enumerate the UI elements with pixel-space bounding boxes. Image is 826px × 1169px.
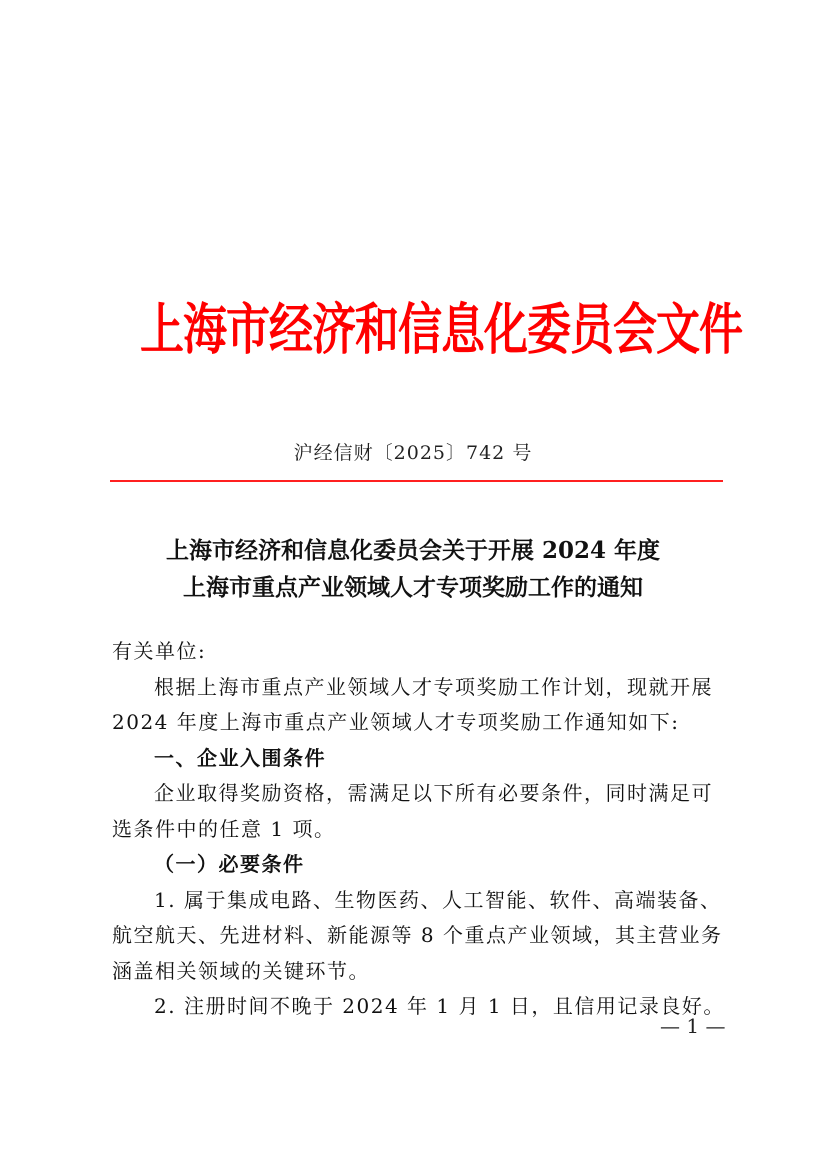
item-1-line-3: 涵盖相关领域的关键环节。 xyxy=(112,954,724,990)
masthead: 上海市经济和信息化委员会文件 xyxy=(140,287,686,375)
red-divider-line xyxy=(110,480,723,482)
section-heading: 一、企业入围条件 xyxy=(112,741,724,777)
page-number: — 1 — xyxy=(660,1014,725,1038)
title-line-1: 上海市经济和信息化委员会关于开展 2024 年度 xyxy=(0,532,826,569)
document-body: 有关单位: 根据上海市重点产业领域人才专项奖励工作计划，现就开展 2024 年度… xyxy=(112,634,724,1025)
title-line-2: 上海市重点产业领域人才专项奖励工作的通知 xyxy=(0,569,826,606)
item-1-line-2: 航空航天、先进材料、新能源等 8 个重点产业领域，其主营业务 xyxy=(112,918,724,954)
section-paragraph-line-1: 企业取得奖励资格，需满足以下所有必要条件，同时满足可 xyxy=(112,776,724,812)
item-1-line-1: 1. 属于集成电路、生物医药、人工智能、软件、高端装备、 xyxy=(112,883,724,919)
item-2-line-1: 2. 注册时间不晚于 2024 年 1 月 1 日，且信用记录良好。 xyxy=(112,989,724,1025)
document-title: 上海市经济和信息化委员会关于开展 2024 年度 上海市重点产业领域人才专项奖励… xyxy=(0,532,826,606)
intro-paragraph-line-2: 2024 年度上海市重点产业领域人才专项奖励工作通知如下: xyxy=(112,705,724,741)
document-number: 沪经信财〔2025〕742 号 xyxy=(0,438,826,465)
salutation: 有关单位: xyxy=(112,634,724,670)
section-paragraph-line-2: 选条件中的任意 1 项。 xyxy=(112,812,724,848)
intro-paragraph-line-1: 根据上海市重点产业领域人才专项奖励工作计划，现就开展 xyxy=(112,670,724,706)
subsection-heading: （一）必要条件 xyxy=(112,847,724,883)
